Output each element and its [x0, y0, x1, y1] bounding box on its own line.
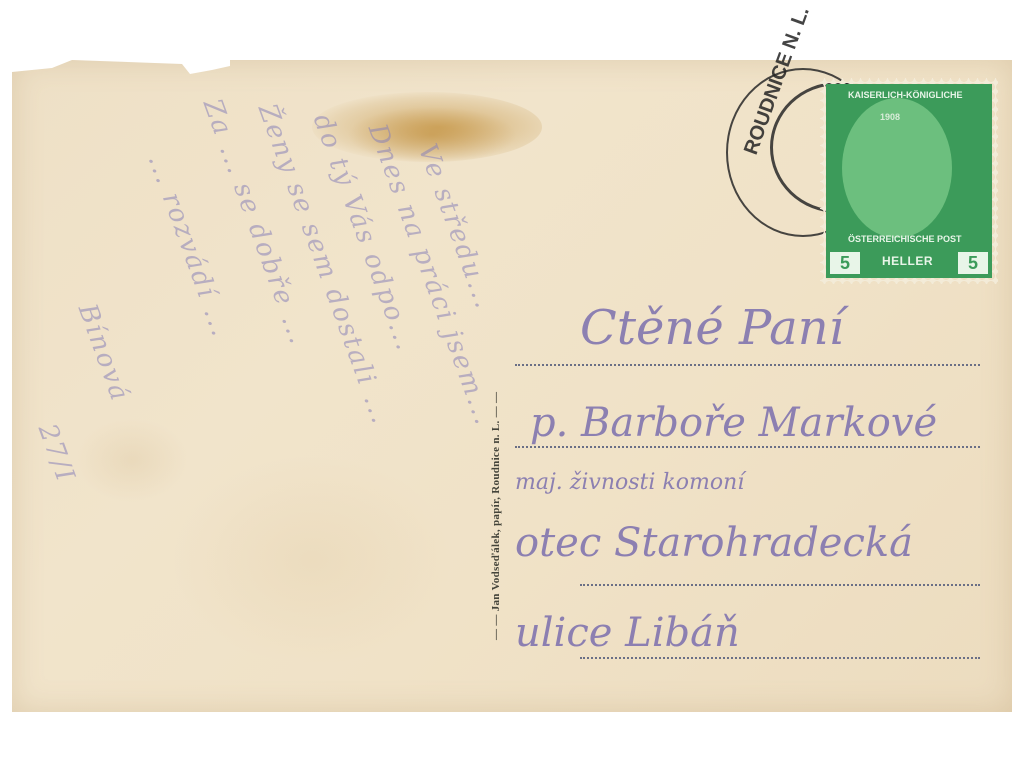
- address-name: p. Barboře Markové: [530, 400, 937, 446]
- stamp-year: 1908: [880, 112, 900, 122]
- address-line-4: [580, 657, 980, 659]
- address-occupation: maj. živnosti komoní: [515, 470, 744, 495]
- stamp-inscription-top: KAISERLICH-KÖNIGLICHE: [848, 90, 963, 100]
- address-town: ulice Libáň: [515, 610, 740, 656]
- stamp-value-right: 5: [958, 252, 988, 274]
- stamp-value-left: 5: [830, 252, 860, 274]
- address-line-3: [580, 584, 980, 586]
- address-line-1: [515, 364, 980, 366]
- publisher-imprint: — — Jan Vodseďálek, papír, Roudnice n. L…: [490, 392, 502, 640]
- address-street: otec Starohradecká: [515, 520, 913, 566]
- stamp-inscription-bottom: ÖSTERREICHISCHE POST: [848, 234, 962, 244]
- address-line-2: [515, 446, 980, 448]
- stamp-denomination: HELLER: [882, 254, 933, 268]
- address-salutation: Ctěné Paní: [580, 300, 844, 356]
